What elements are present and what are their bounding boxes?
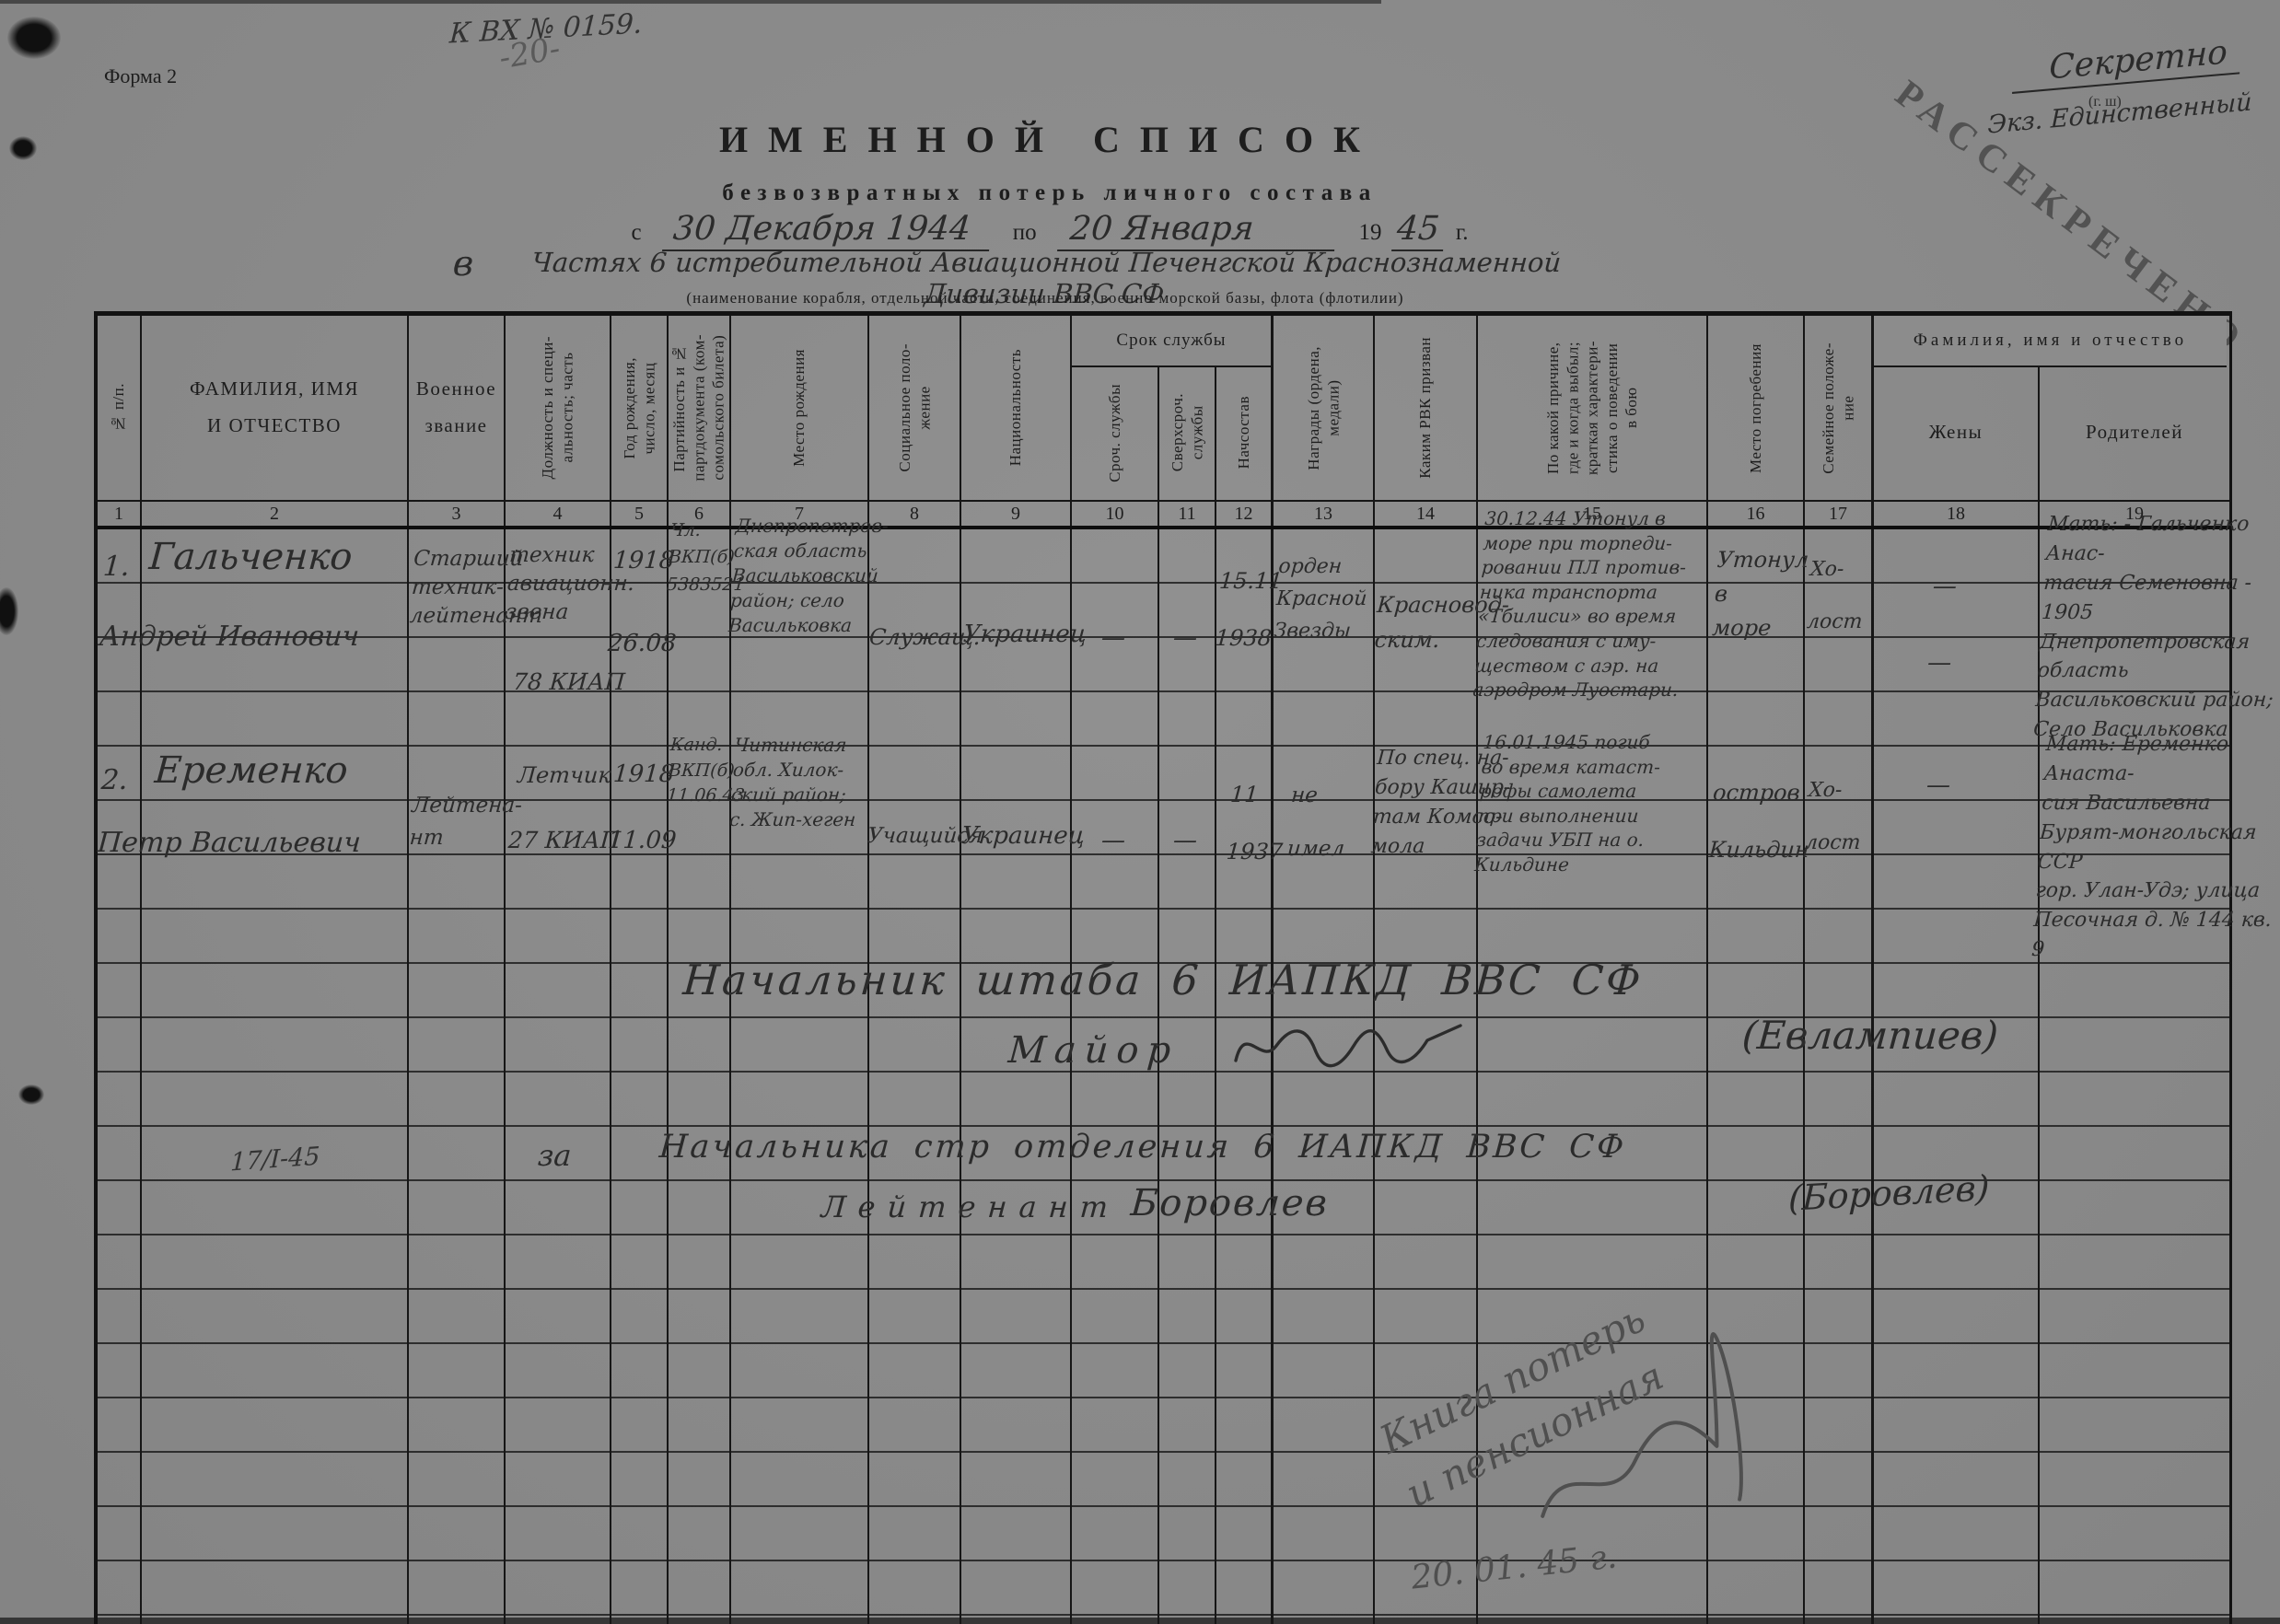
duty-position: Летчик	[517, 760, 612, 790]
column-8: Социальное поло- жение8	[869, 316, 961, 526]
burial-place: Утонул в море	[1711, 543, 1809, 646]
column-number-3: 3	[409, 500, 504, 526]
term-officer: 15.11 1938	[1214, 552, 1285, 667]
column-number-12: 12	[1216, 500, 1271, 526]
date-from: 30 Декабря 1944	[662, 210, 993, 251]
scanned-document-page: К ВХ № 0159. Форма 2 -20- Секретно (г. ш…	[0, 0, 2280, 1624]
column-label-18: Жены	[1929, 414, 1983, 451]
cause-of-loss: 16.01.1945 погиб во время катаст- рофы с…	[1473, 730, 1662, 877]
column-label-7: Место рождения	[789, 349, 808, 467]
birthplace: Читинская обл. Хилок- ский район; с. Жип…	[728, 733, 862, 832]
surname: Гальченко	[147, 532, 354, 582]
signatory-role: Начальника стр отделения 6 ИАПКД ВВС СФ	[658, 1129, 1628, 1166]
term-extended: —	[1172, 825, 1198, 857]
body-column-1	[98, 529, 142, 1624]
body-column-18	[1874, 529, 2040, 1624]
year-written: 45	[1391, 210, 1447, 251]
column-label-2: ФАМИЛИЯ, ИМЯ И ОТЧЕСТВО	[190, 371, 359, 445]
date-prefix: с	[631, 220, 641, 245]
column-label-19: Родителей	[2086, 414, 2183, 451]
document-subtitle: безвозвратных потерь личного состава	[0, 180, 2100, 206]
column-14: Каким РВК призван14	[1375, 316, 1478, 526]
family-status: Хо- лост	[1803, 764, 1866, 869]
term-active: —	[1100, 622, 1126, 655]
nationality: Украинец	[962, 619, 1088, 651]
cause-of-loss: 30.12.44 Утонул в море при торпеди- рова…	[1472, 506, 1692, 702]
burial-place: остров Кильдин	[1707, 764, 1816, 879]
column-label-13: Награды (ордена, медали)	[1304, 346, 1344, 470]
term-extended: —	[1172, 622, 1198, 655]
column-17: Семейное положе- ние17	[1805, 316, 1874, 526]
awards: не имел	[1285, 770, 1350, 876]
signatory-name: (Евлампиев)	[1740, 1013, 1999, 1058]
column-label-16: Место погребения	[1746, 343, 1765, 473]
column-label-8: Социальное поло- жение	[895, 343, 935, 472]
signature-scribble: Боровлев	[1129, 1182, 1330, 1224]
body-column-2	[142, 529, 409, 1624]
unit-designation: 27 КИАП	[507, 825, 622, 856]
column-label-3: Военное звание	[416, 371, 496, 445]
row-number: 2.	[100, 762, 129, 800]
body-column-9	[961, 529, 1072, 1624]
military-rank: Лейтена- нт	[409, 790, 523, 853]
parents-name: Мать: - Гальченко Анас- тасия Семеновна …	[2032, 510, 2280, 745]
year-printed: 19	[1359, 220, 1382, 245]
column-label-6: Партийность и № партдокумента (ком- сомо…	[669, 334, 728, 481]
period-line: с 30 Декабря 1944 по 20 Января 19 45 г.	[0, 210, 2100, 251]
form-label: Форма 2	[104, 64, 177, 88]
birth-date: 26.08	[607, 628, 678, 660]
column-9: Национальность9	[961, 316, 1072, 526]
secrecy-marking: Секретно	[2012, 32, 2240, 94]
column-label-12: Начсостав	[1234, 396, 1253, 469]
column-1: № п/п.1	[98, 316, 142, 526]
body-column-3	[409, 529, 506, 1624]
column-6: Партийность и № партдокумента (ком- сомо…	[669, 316, 731, 526]
column-7: Место рождения7	[731, 316, 869, 526]
term-active: —	[1100, 825, 1126, 857]
column-number-13: 13	[1274, 500, 1373, 526]
column-15: По какой причине, где и когда выбыл; кра…	[1478, 316, 1708, 526]
parents-name: Мать: Еременко Анаста- сия Васильевна Бу…	[2030, 730, 2280, 965]
signatory-rank: Лейтенант	[820, 1189, 1122, 1224]
acting-for-prefix: за	[537, 1138, 573, 1173]
given-names: Петр Васильевич	[97, 825, 363, 863]
group-header-next-of-kin: Фамилия, имя и отчество	[1874, 316, 2227, 367]
unit-designation: 78 КИАП	[512, 667, 626, 698]
column-label-4: Должность и специ- альность; часть	[538, 336, 577, 480]
column-5: Год рождения, число, месяц5	[611, 316, 669, 526]
body-column-8	[869, 529, 961, 1624]
column-13: Награды (ордена, медали)13	[1274, 316, 1375, 526]
birthplace: Днепропетров- ская область Васильковский…	[727, 514, 889, 638]
wife-name: —	[1925, 770, 1951, 802]
column-number-4: 4	[506, 500, 610, 526]
birth-year: 1918	[612, 759, 676, 791]
document-title: ИМЕННОЙ СПИСОК	[0, 118, 2100, 161]
family-status: Хо- лост	[1805, 543, 1867, 648]
column-number-17: 17	[1805, 500, 1871, 526]
column-number-14: 14	[1375, 500, 1476, 526]
body-column-6	[669, 529, 731, 1624]
surname: Еременко	[153, 746, 349, 795]
given-names: Андрей Иванович	[99, 619, 361, 656]
column-label-17: Семейное положе- ние	[1819, 342, 1858, 474]
column-label-10: Сроч. службы	[1105, 384, 1124, 482]
year-suffix: г.	[1456, 220, 1469, 245]
column-3: Военное звание3	[409, 316, 506, 526]
birth-year: 1918	[612, 545, 676, 577]
column-number-11: 11	[1159, 500, 1215, 526]
column-number-5: 5	[611, 500, 667, 526]
column-number-18: 18	[1874, 500, 2038, 526]
column-label-11: Сверхсроч. службы	[1168, 393, 1207, 471]
signature-scribble	[1225, 1005, 1473, 1084]
birth-date: 11.09	[607, 825, 678, 857]
date-to-label: по	[1013, 220, 1037, 245]
body-column-11	[1159, 529, 1216, 1624]
column-2: ФАМИЛИЯ, ИМЯ И ОТЧЕСТВО2	[142, 316, 409, 526]
column-label-5: Год рождения, число, месяц	[620, 357, 659, 459]
column-label-14: Каким РВК призван	[1415, 337, 1435, 479]
signatory-rank: Майор	[1006, 1029, 1180, 1072]
table-body-grid	[98, 529, 2229, 1624]
column-label-1: № п/п.	[109, 383, 128, 432]
scan-edge-top	[0, 0, 1381, 4]
term-officer: 11 1937	[1225, 766, 1289, 881]
column-number-1: 1	[98, 500, 140, 526]
column-number-16: 16	[1708, 500, 1803, 526]
date-to: 20 Января	[1057, 210, 1338, 251]
unit-caption: (наименование корабля, отдельной части, …	[516, 289, 1575, 307]
column-label-9: Национальность	[1006, 349, 1025, 466]
column-number-9: 9	[961, 500, 1070, 526]
nationality: Украинец	[960, 820, 1086, 853]
scan-artifact	[0, 587, 18, 635]
group-header-service-term: Срок службы	[1072, 316, 1271, 367]
column-16: Место погребения16	[1708, 316, 1805, 526]
body-column-7	[731, 529, 869, 1624]
scan-artifact	[7, 17, 61, 59]
column-number-10: 10	[1072, 500, 1157, 526]
signatory-role: Начальник штаба 6 ИАПКД ВВС СФ	[681, 956, 1645, 1004]
unit-prefix: в	[451, 243, 474, 284]
column-number-2: 2	[142, 500, 407, 526]
awards: орден Красной Звезды	[1273, 551, 1370, 648]
column-4: Должность и специ- альность; часть4	[506, 316, 611, 526]
body-column-10	[1072, 529, 1159, 1624]
row-number: 1.	[102, 549, 131, 586]
scan-artifact	[18, 1085, 44, 1105]
column-label-15: По какой причине, где и когда выбыл; кра…	[1543, 341, 1641, 475]
